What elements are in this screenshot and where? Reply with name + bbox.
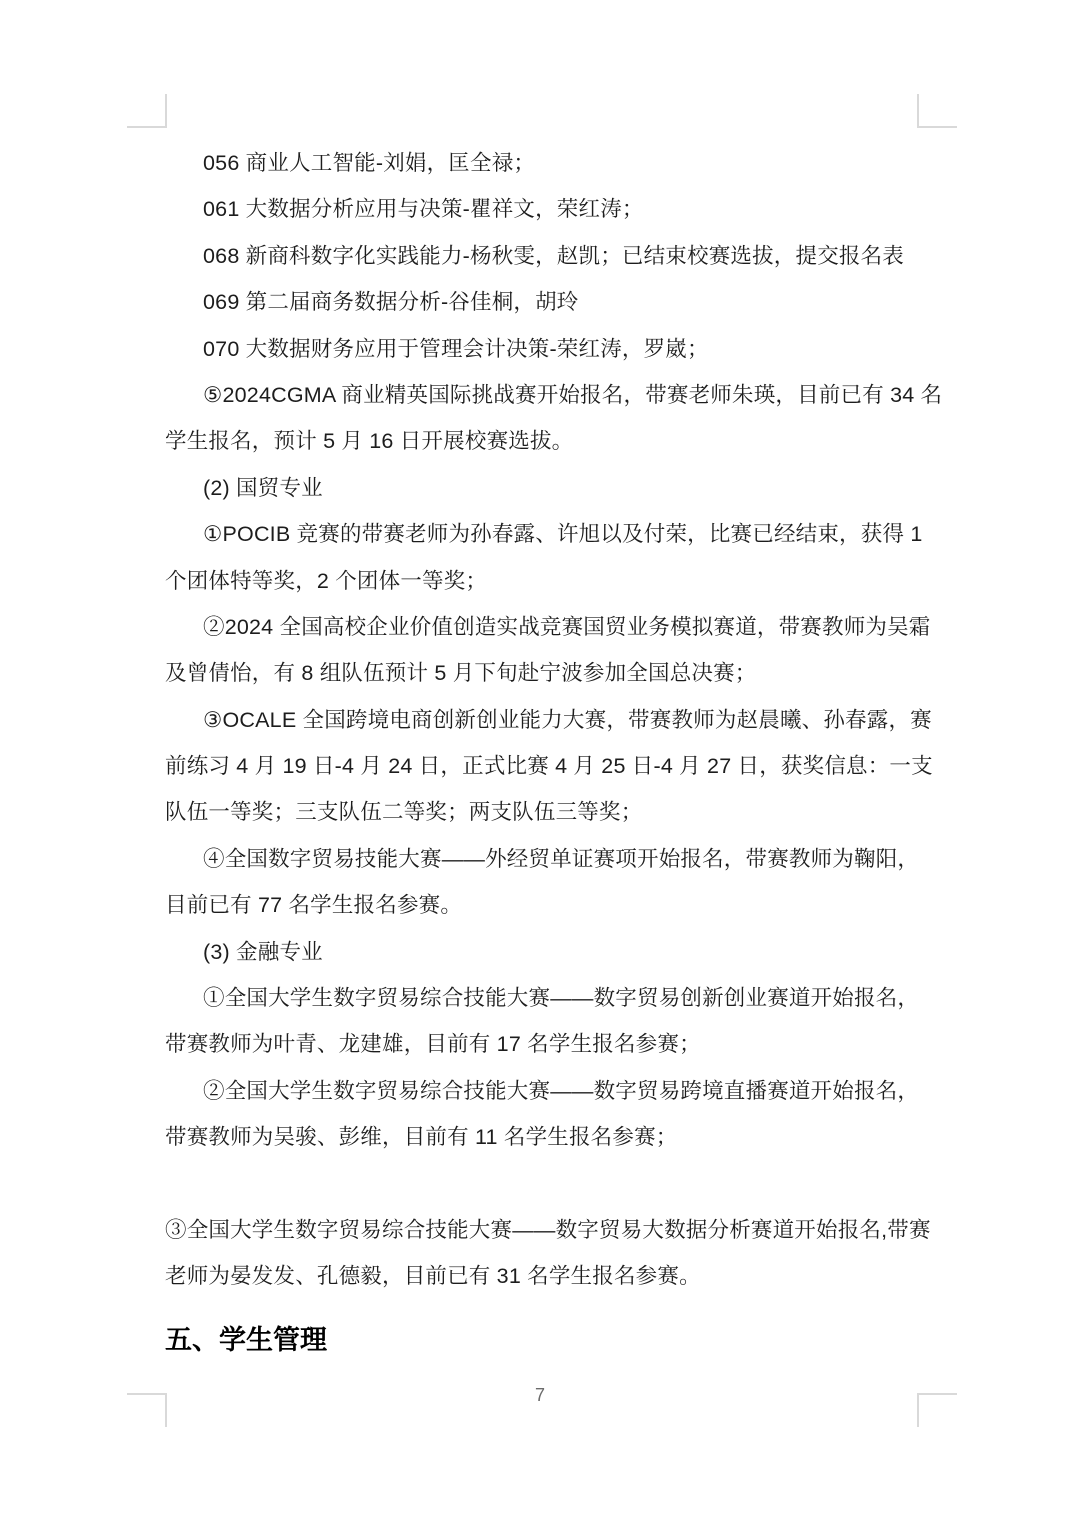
body-line: ②全国大学生数字贸易综合技能大赛——数字贸易跨境直播赛道开始报名， <box>165 1068 918 1114</box>
body-line: 前练习 4 月 19 日-4 月 24 日，正式比赛 4 月 25 日-4 月 … <box>165 743 918 789</box>
body-line: 带赛教师为吴骏、彭维，目前有 11 名学生报名参赛； <box>165 1114 918 1160</box>
text-boundary-mark-top-right <box>917 94 957 128</box>
body-line: ④全国数字贸易技能大赛——外经贸单证赛项开始报名，带赛教师为鞠阳， <box>165 836 918 882</box>
document-body: 056 商业人工智能-刘娟，匡全禄； 061 大数据分析应用与决策-瞿祥文，荣红… <box>165 140 918 1358</box>
page-number: 7 <box>0 1381 1080 1409</box>
body-line: (2) 国贸专业 <box>165 465 918 511</box>
body-line: ①POCIB 竞赛的带赛老师为孙春露、许旭以及付荣，比赛已经结束，获得 1 <box>165 511 918 557</box>
body-line: 068 新商科数字化实践能力-杨秋雯，赵凯；已结束校赛选拔，提交报名表 <box>165 233 918 279</box>
body-line: ②2024 全国高校企业价值创造实战竞赛国贸业务模拟赛道，带赛教师为吴霜 <box>165 604 918 650</box>
body-line: ①全国大学生数字贸易综合技能大赛——数字贸易创新创业赛道开始报名， <box>165 975 918 1021</box>
body-line: ③全国大学生数字贸易综合技能大赛——数字贸易大数据分析赛道开始报名,带赛 <box>165 1207 918 1253</box>
body-line: 056 商业人工智能-刘娟，匡全禄； <box>165 140 918 186</box>
body-line: ③OCALE 全国跨境电商创新创业能力大赛，带赛教师为赵晨曦、孙春露，赛 <box>165 697 918 743</box>
body-line: 目前已有 77 名学生报名参赛。 <box>165 882 918 928</box>
blank-line <box>165 1161 918 1207</box>
text-boundary-mark-top-left <box>127 94 167 128</box>
body-line: 队伍一等奖；三支队伍二等奖；两支队伍三等奖； <box>165 789 918 835</box>
body-line: 069 第二届商务数据分析-谷佳桐，胡玲 <box>165 279 918 325</box>
body-line: 061 大数据分析应用与决策-瞿祥文，荣红涛； <box>165 186 918 232</box>
body-line: 带赛教师为叶青、龙建雄，目前有 17 名学生报名参赛； <box>165 1021 918 1067</box>
body-line: 070 大数据财务应用于管理会计决策-荣红涛，罗崴； <box>165 326 918 372</box>
body-line: 个团体特等奖，2 个团体一等奖； <box>165 558 918 604</box>
section-heading: 五、学生管理 <box>165 1322 918 1358</box>
body-line: 及曾倩怡，有 8 组队伍预计 5 月下旬赴宁波参加全国总决赛； <box>165 650 918 696</box>
document-page: 056 商业人工智能-刘娟，匡全禄； 061 大数据分析应用与决策-瞿祥文，荣红… <box>0 0 1080 1520</box>
body-line: (3) 金融专业 <box>165 929 918 975</box>
body-line: 学生报名，预计 5 月 16 日开展校赛选拔。 <box>165 418 918 464</box>
body-line: ⑤2024CGMA 商业精英国际挑战赛开始报名，带赛老师朱瑛，目前已有 34 名 <box>165 372 918 418</box>
body-line: 老师为晏发发、孔德毅，目前已有 31 名学生报名参赛。 <box>165 1253 918 1299</box>
